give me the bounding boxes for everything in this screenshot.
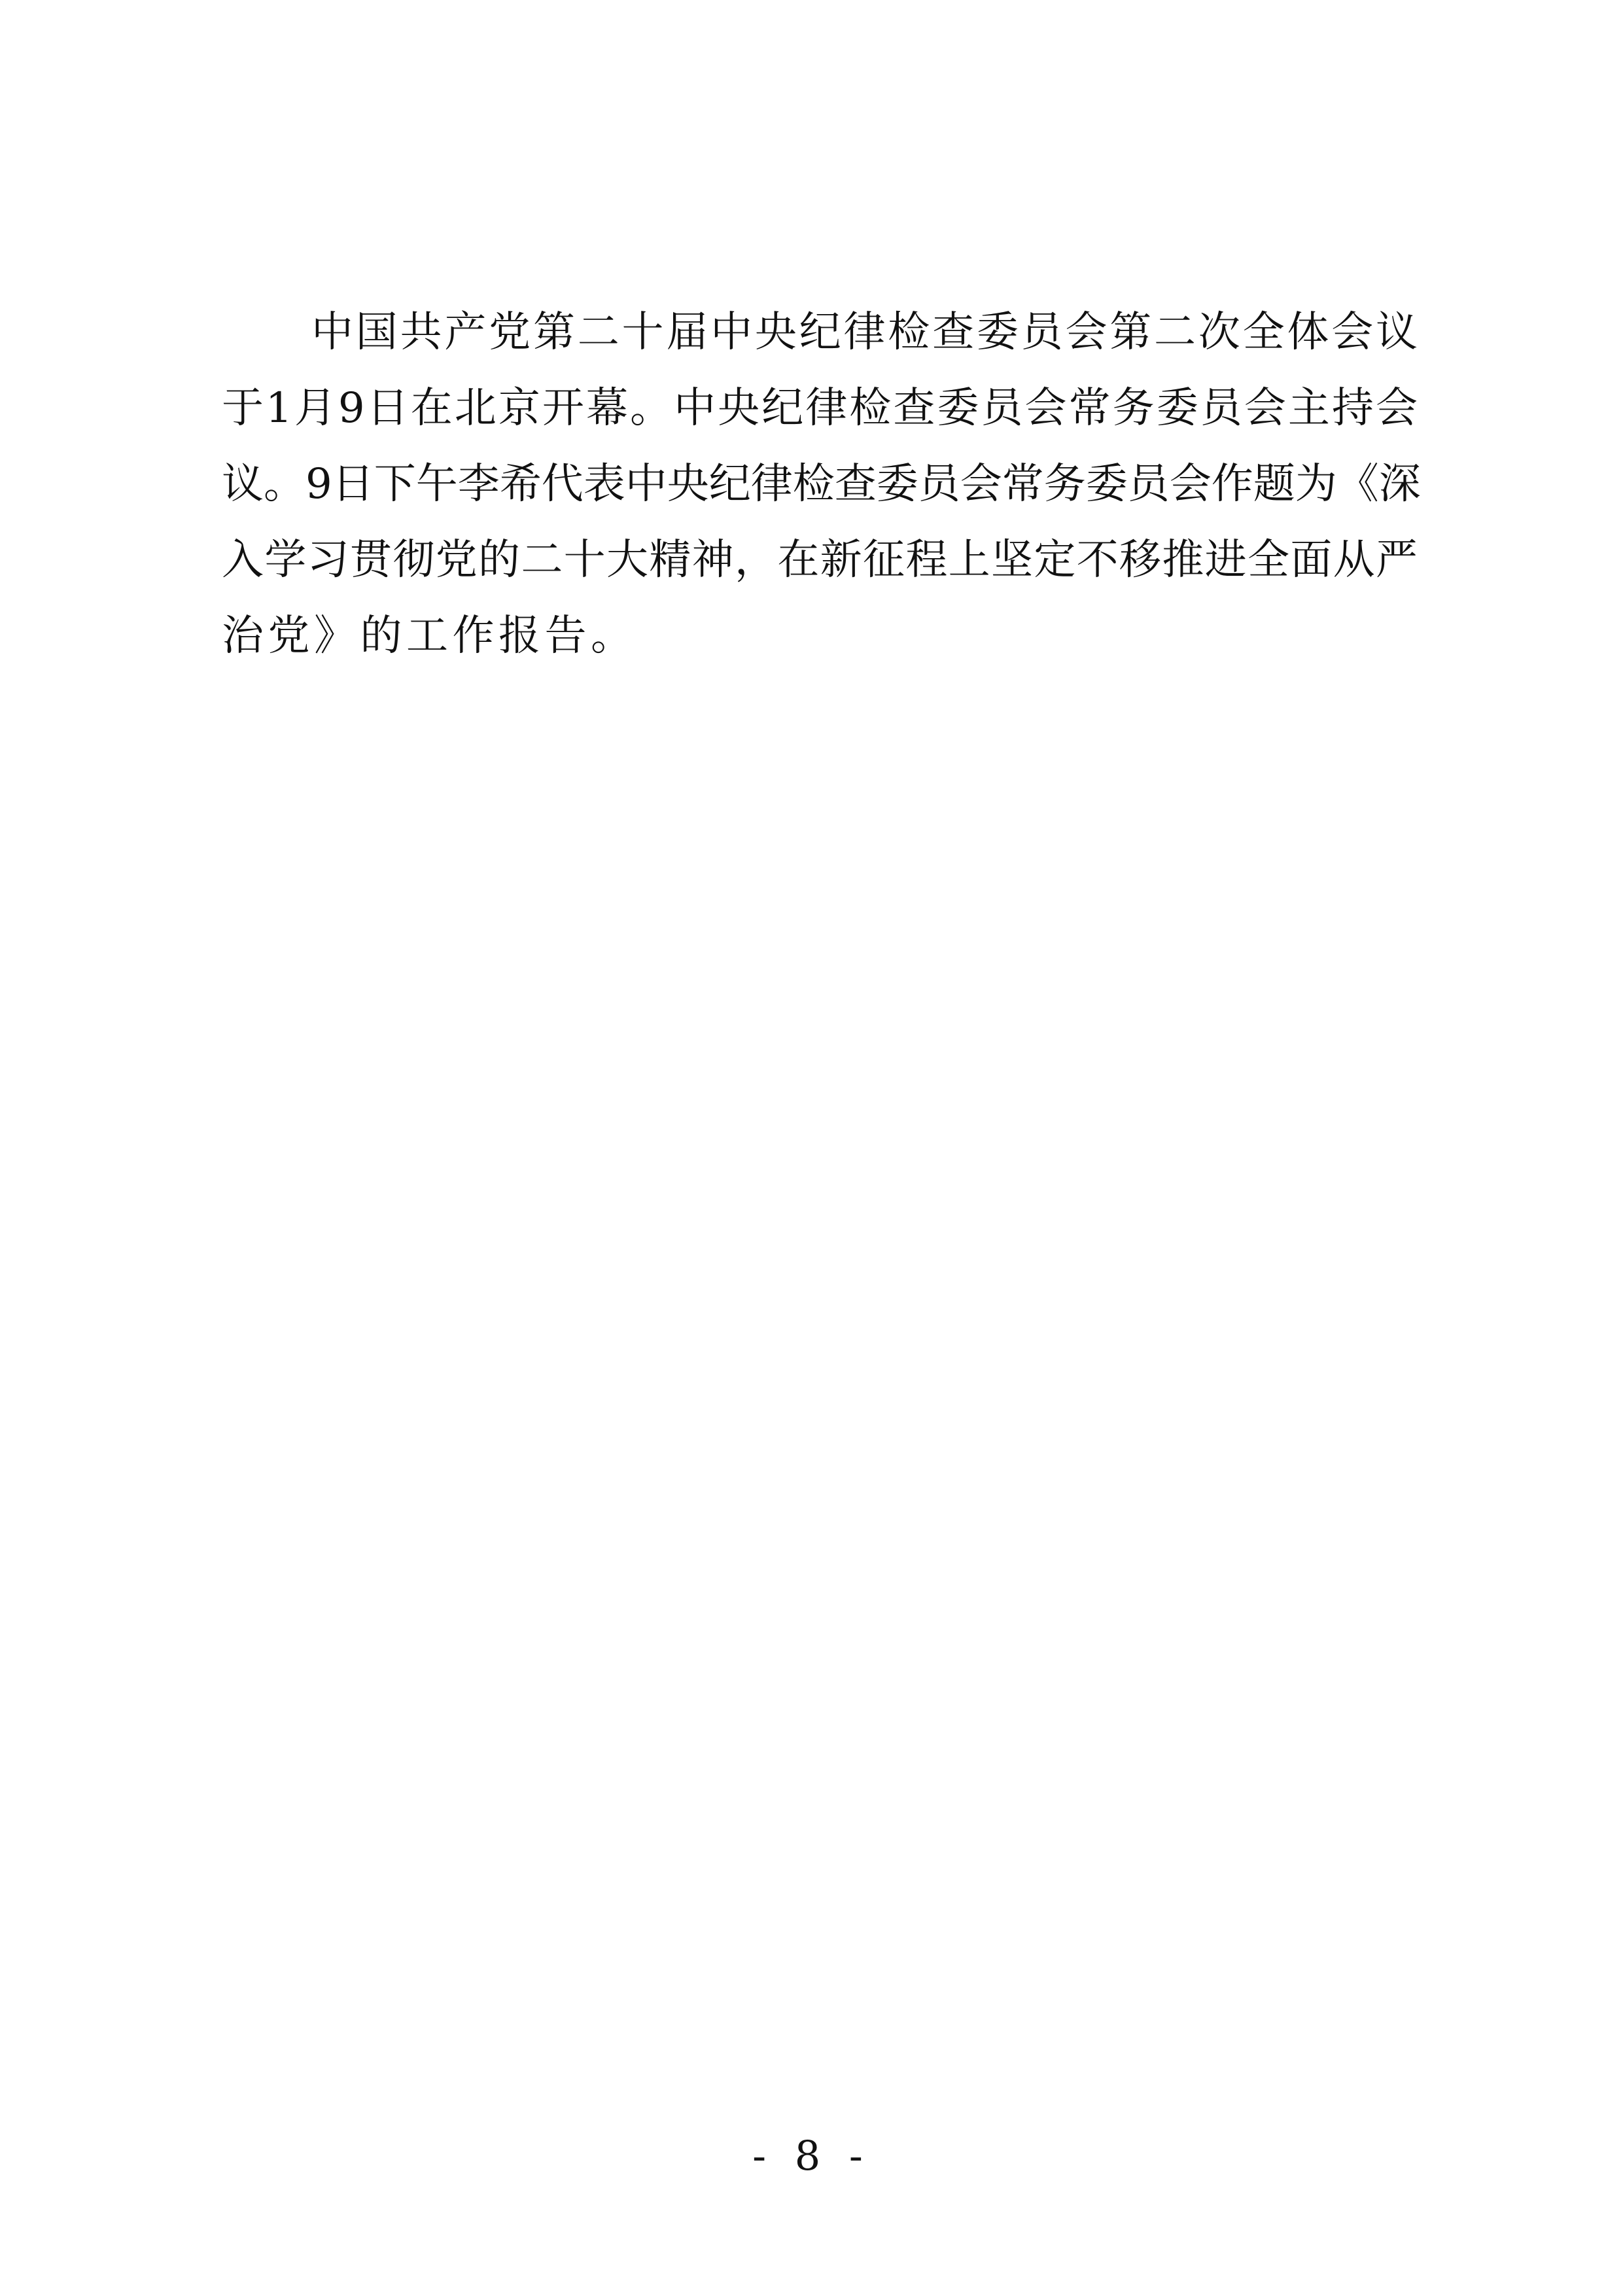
body-paragraph: 中国共产党第二十届中央纪律检查委员会第二次全体会议于1月9日在北京开幕。中央纪律… [222, 294, 1418, 674]
page-number: - 8 - [0, 2132, 1623, 2180]
paragraph-line: 治党》的工作报告。 [222, 598, 1418, 674]
paragraph-line: 中国共产党第二十届中央纪律检查委员会第二次全体会议 [222, 294, 1418, 370]
paragraph-line: 入学习贯彻党的二十大精神，在新征程上坚定不移推进全面从严 [222, 522, 1418, 598]
paragraph-line: 于1月9日在北京开幕。中央纪律检查委员会常务委员会主持会 [222, 370, 1418, 446]
paragraph-line: 议。9日下午李希代表中央纪律检查委员会常务委员会作题为《深 [222, 446, 1418, 522]
document-page: 中国共产党第二十届中央纪律检查委员会第二次全体会议于1月9日在北京开幕。中央纪律… [0, 0, 1623, 2296]
